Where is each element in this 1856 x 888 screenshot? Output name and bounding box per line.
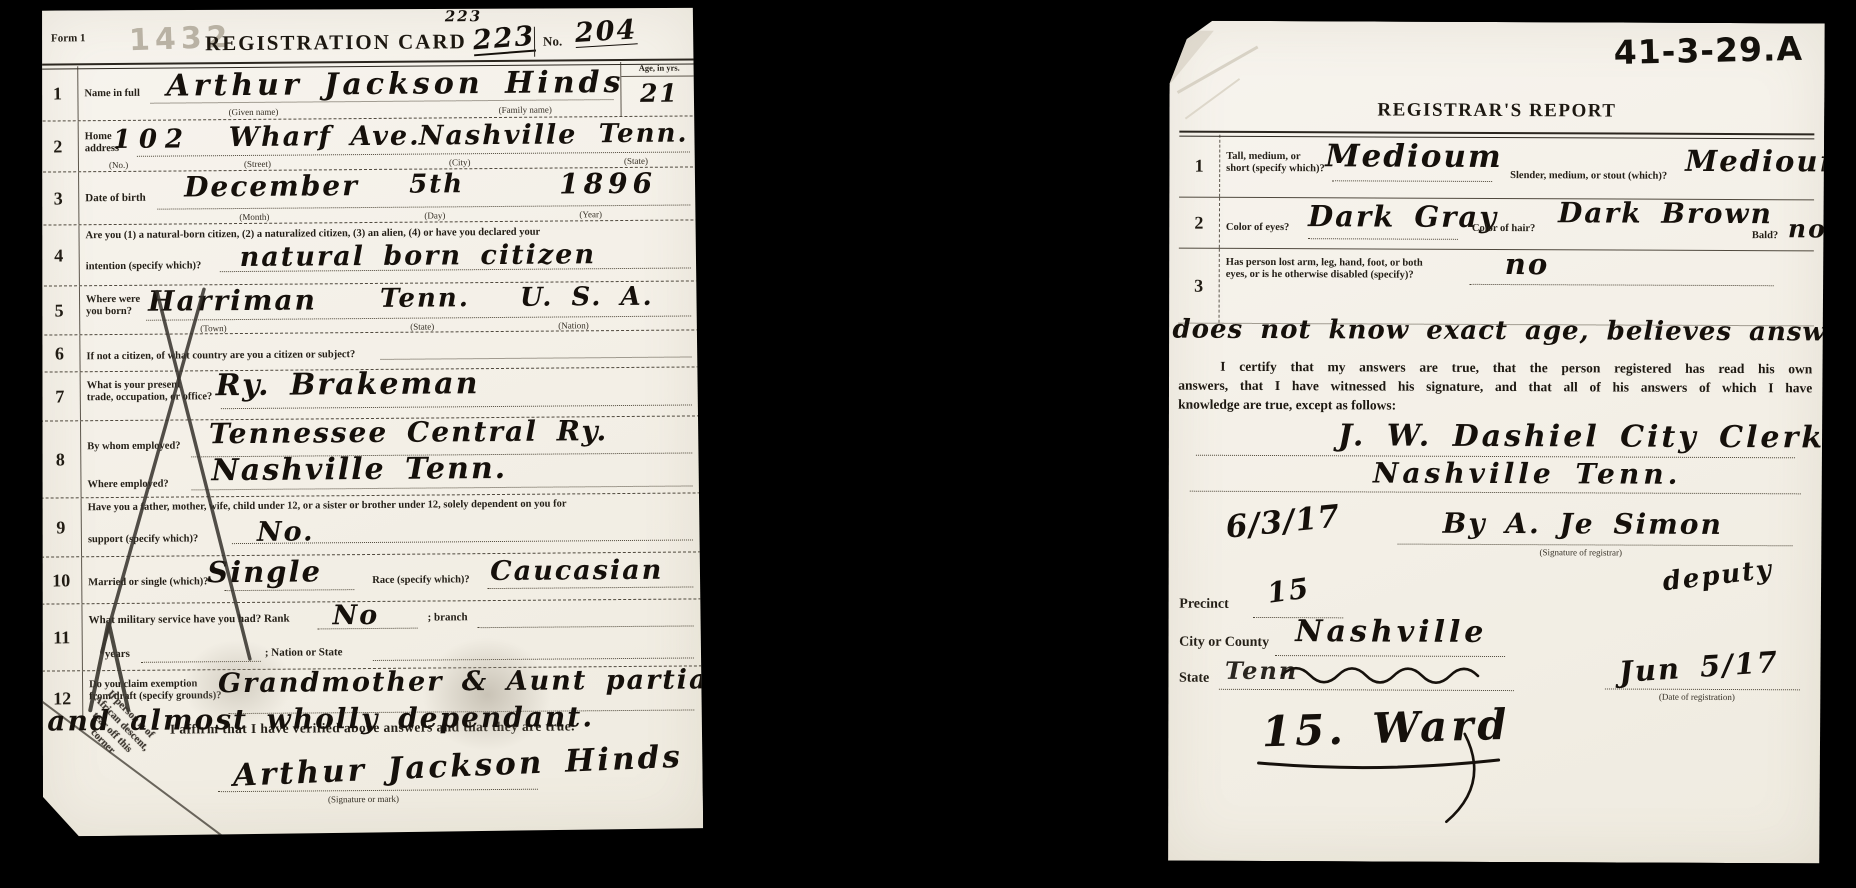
- field-number: 6: [39, 335, 80, 371]
- trade-label: What is your present trade, occupation, …: [87, 379, 213, 404]
- trade-answer: Ry. Brakeman: [216, 369, 480, 401]
- card-title: REGISTRATION CARD: [205, 29, 467, 56]
- field-number: 8: [40, 421, 82, 497]
- registrant-signature: Arthur Jackson Hinds: [232, 742, 683, 792]
- form-number-label: Form 1: [51, 32, 86, 45]
- address-no: 102: [113, 126, 191, 153]
- dependents-label-line1: Have you a father, mother, wife, child u…: [88, 497, 697, 514]
- military-label: What military service have you had? Rank: [89, 613, 290, 627]
- scan-background: Form 1 1432 REGISTRATION CARD 223 223 No…: [0, 0, 1856, 888]
- birthdate-label: Date of birth: [85, 192, 146, 205]
- race-answer: Caucasian: [490, 557, 663, 585]
- city-sublabel: (City): [449, 157, 471, 167]
- report-row-build: 1 Tall, medium, or short (specify which)…: [1179, 135, 1814, 201]
- registration-date-caption: (Date of registration): [1659, 692, 1735, 702]
- citizenship-label-line1: Are you (1) a natural-born citizen, (2) …: [85, 225, 694, 242]
- address-street: Wharf Ave.: [229, 123, 421, 152]
- field-row-birthdate: 3 Date of birth December 5th 1896 (Month…: [38, 167, 698, 225]
- name-label: Name in full: [84, 88, 140, 100]
- certify-line: knowledge are true, except as follows:: [1178, 395, 1812, 417]
- date-note: 6/3/17: [1224, 501, 1341, 543]
- field-number: 2: [1179, 198, 1220, 248]
- corner-crease: [1178, 47, 1258, 93]
- trade-label-line2: trade, occupation, or office?: [87, 391, 213, 404]
- field-row-birthplace: 5 Where were you born? Harriman Tenn. U.…: [39, 281, 699, 335]
- year-sublabel: (Year): [579, 209, 602, 219]
- ward-underline-flourish: [1259, 759, 1499, 768]
- nation-sublabel: (Nation): [558, 320, 589, 330]
- height-answer: Medioum: [1325, 141, 1503, 173]
- no-label: No.: [543, 34, 562, 49]
- registrar-by-line: By A. Je Simon: [1443, 510, 1723, 539]
- age-box: Age, in yrs. 21: [620, 61, 697, 116]
- where-employed-answer: Nashville Tenn.: [211, 454, 507, 486]
- employer-label: By whom employed?: [87, 440, 180, 453]
- eyes-answer: Dark Gray: [1308, 202, 1498, 232]
- street-sublabel: (Street): [244, 159, 271, 169]
- registrar-signature-caption: (Signature of registrar): [1539, 547, 1622, 557]
- field-row-citizenship: 4 Are you (1) a natural-born citizen, (2…: [38, 220, 698, 286]
- report-title: REGISTRAR'S REPORT: [1169, 99, 1824, 124]
- bald-label: Bald?: [1752, 230, 1778, 242]
- birthplace-nation: U. S. A.: [520, 284, 654, 311]
- field-row-dependents: 9 Have you a father, mother, wife, child…: [41, 493, 701, 557]
- torn-corner-shade: [1170, 31, 1214, 85]
- birthplace-label: Where were you born?: [86, 294, 140, 319]
- dependents-answer: No.: [257, 518, 315, 545]
- field-number: 2: [38, 121, 79, 171]
- serial-number-large: 223: [472, 23, 536, 57]
- card-header: Form 1 1432 REGISTRATION CARD 223 223 No…: [37, 5, 697, 66]
- field-row-military: 11 What military service have you had? R…: [41, 599, 702, 671]
- field-number: 5: [39, 286, 80, 334]
- disability-label-line2: eyes, or is he otherwise disabled (speci…: [1226, 269, 1423, 282]
- state-scrawl: [1282, 668, 1478, 683]
- exemption-answer-line1: Grandmother & Aunt partially: [218, 666, 751, 697]
- ward-note: 15. Ward: [1261, 704, 1511, 754]
- build-label: Slender, medium, or stout (which)?: [1510, 170, 1667, 183]
- month-sublabel: (Month): [239, 212, 269, 222]
- name-answer: Arthur Jackson Hinds: [166, 68, 624, 102]
- dependents-label-line2: support (specify which)?: [88, 533, 198, 546]
- age-value: 21: [640, 80, 679, 105]
- exemption-answer-line2: and almost wholly dependant.: [47, 703, 594, 735]
- employer-answer: Tennessee Central Ry.: [209, 417, 608, 448]
- bald-answer: no.: [1788, 216, 1837, 241]
- city-county-label: City or County: [1179, 635, 1269, 651]
- disability-label: Has person lost arm, leg, hand, foot, or…: [1226, 257, 1423, 282]
- no-sublabel: (No.): [109, 160, 128, 170]
- city-county-value: Nashville: [1295, 617, 1487, 648]
- birth-month: December: [184, 172, 359, 201]
- back-fields: 1 Tall, medium, or short (specify which)…: [1179, 135, 1815, 327]
- field-number: 7: [40, 372, 81, 420]
- field-number: 9: [41, 498, 82, 556]
- certification-paragraph: I certify that my answers are true, that…: [1178, 357, 1812, 417]
- birthplace-state: Tenn.: [380, 285, 470, 312]
- no-value: 204: [574, 16, 638, 48]
- birth-year: 1896: [559, 170, 657, 199]
- field-row-name: 1 Name in full Arthur Jackson Hinds (Giv…: [37, 61, 697, 121]
- field-number: 3: [38, 172, 79, 224]
- foreign-citizen-label: If not a citizen, of what country are yo…: [86, 349, 355, 363]
- family-name-sublabel: (Family name): [499, 105, 552, 115]
- header-divider: [534, 27, 535, 57]
- height-label-line1: Tall, medium, or: [1226, 151, 1325, 163]
- file-stamp: 41-3-29.A: [1613, 29, 1803, 72]
- birthplace-label-line2: you born?: [86, 306, 140, 318]
- registrar-name: J. W. Dashiel City Clerk: [1338, 421, 1825, 453]
- field-row-married-race: 10 Married or single (which)? Single Rac…: [41, 552, 701, 604]
- registration-card-front: Form 1 1432 REGISTRATION CARD 223 223 No…: [37, 5, 703, 836]
- report-row-eyes-hair: 2 Color of eyes? Dark Gray Color of hair…: [1179, 198, 1814, 252]
- married-label: Married or single (which)?: [88, 576, 208, 589]
- birthplace-label-line1: Where were: [86, 294, 140, 306]
- town-sublabel: (Town): [200, 323, 226, 333]
- field-number: 4: [38, 225, 79, 285]
- serial-number-small: 223: [445, 9, 482, 24]
- military-rank-answer: No: [332, 602, 379, 629]
- field-number: 3: [1179, 249, 1220, 323]
- state-sublabel: (State): [410, 321, 434, 331]
- trade-label-line1: What is your present: [87, 379, 213, 392]
- height-label-line2: short (specify which)?: [1226, 163, 1325, 175]
- height-label: Tall, medium, or short (specify which)?: [1226, 151, 1325, 176]
- eyes-label: Color of eyes?: [1226, 222, 1289, 234]
- birthplace-town: Harriman: [148, 286, 317, 315]
- front-fields: 1 Name in full Arthur Jackson Hinds (Giv…: [37, 61, 702, 725]
- nation-state-label: ; Nation or State: [265, 646, 343, 659]
- field-number: 1: [37, 66, 78, 120]
- race-label: Race (specify which)?: [372, 574, 469, 587]
- hair-answer: Dark Brown: [1558, 199, 1773, 228]
- state-label: State: [1179, 671, 1209, 687]
- disability-answer: no: [1505, 250, 1550, 279]
- deputy-note: deputy: [1661, 557, 1774, 596]
- registrars-report-back: 41-3-29.A REGISTRAR'S REPORT 1 Tall, med…: [1166, 21, 1825, 864]
- branch-label: ; branch: [427, 611, 467, 624]
- where-employed-label: Where employed?: [87, 479, 168, 492]
- field-number: 11: [41, 604, 83, 670]
- age-label: Age, in yrs.: [621, 61, 697, 76]
- years-label: years: [105, 648, 130, 661]
- day-sublabel: (Day): [424, 210, 445, 220]
- married-answer: Single: [207, 557, 322, 587]
- precinct-label: Precinct: [1179, 597, 1229, 613]
- given-name-sublabel: (Given name): [229, 107, 279, 117]
- registrar-note: does not know exact age, believes answer…: [1172, 317, 1856, 346]
- field-row-employer: 8 By whom employed? Tennessee Central Ry…: [40, 416, 701, 498]
- field-number: 10: [41, 557, 82, 603]
- address-city: Nashville: [419, 121, 578, 149]
- citizenship-answer: natural born citizen: [240, 241, 597, 271]
- build-answer: Medioum: [1685, 147, 1852, 177]
- signature-caption: (Signature or mark): [328, 794, 399, 805]
- registrar-place: Nashville Tenn.: [1373, 459, 1682, 488]
- address-state: Tenn.: [599, 120, 689, 147]
- hair-label: Color of hair?: [1472, 223, 1535, 235]
- birth-day: 5th: [409, 171, 464, 197]
- citizenship-label-line2: intention (specify which)?: [86, 260, 202, 273]
- state-value: Tenn: [1225, 659, 1298, 683]
- state-sublabel: (State): [624, 156, 648, 166]
- field-number: 1: [1179, 135, 1220, 197]
- precinct-value: 15: [1266, 574, 1312, 608]
- disability-label-line1: Has person lost arm, leg, hand, foot, or…: [1226, 257, 1423, 270]
- field-row-address: 2 Home address 102 Wharf Ave. Nashville …: [38, 116, 698, 172]
- registration-date: Jun 5/17: [1618, 648, 1780, 687]
